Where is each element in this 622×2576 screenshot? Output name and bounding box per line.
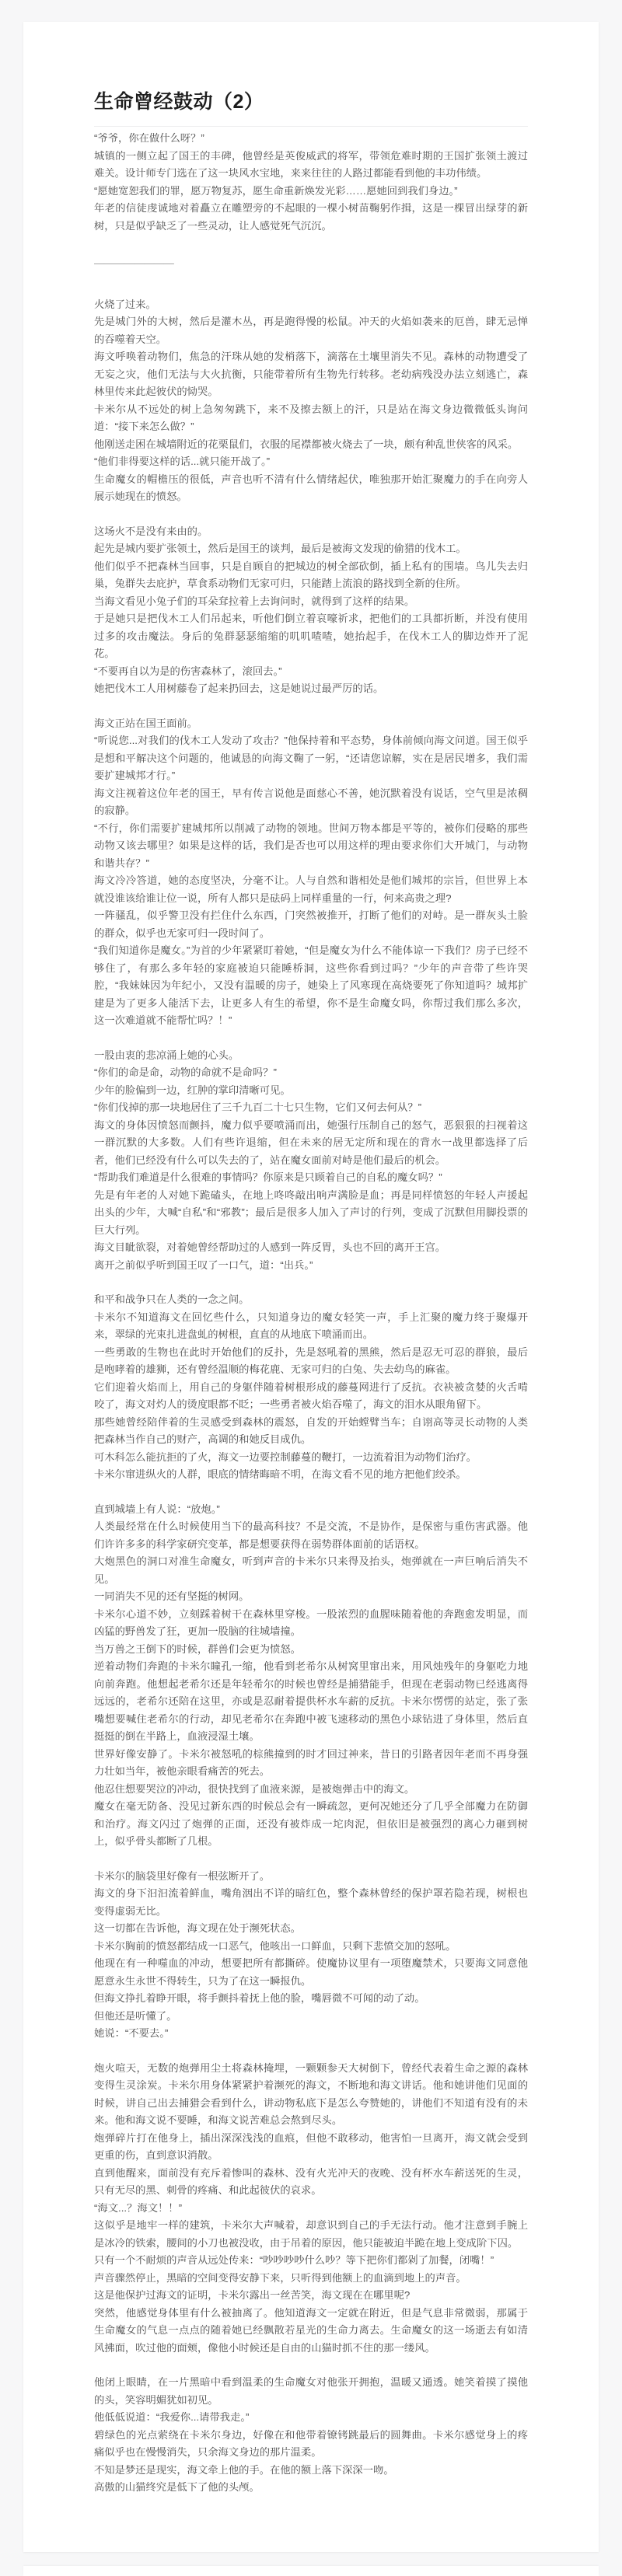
paragraph: 卡米尔从不远处的树上急匆匆跳下，来不及擦去额上的汗，只是站在海文身边微微低头询问… — [94, 401, 528, 436]
paragraph: 他低低说道：“我爱你...请带我走。” — [94, 2409, 528, 2427]
paragraph-block: “爷爷，你在做什么呀？”城镇的一侧立起了国王的丰碑，他曾经是英俊威武的将军，带领… — [94, 130, 528, 235]
paragraph: 海文正站在国王面前。 — [94, 715, 528, 733]
paragraph: “不行，你们需要扩建城邦所以削减了动物的领地。世间万物本都是平等的，被你们侵略的… — [94, 820, 528, 873]
paragraph: 他刚送走困在城墙附近的花栗鼠们，衣服的尾襟都被火烧去了一块，颇有种乱世侠客的风采… — [94, 436, 528, 454]
paragraph: 逆着动物们奔跑的卡米尔瞳孔一缩，他看到老希尔从树窝里窜出来，用风烛残年的身躯吃力… — [94, 1658, 528, 1746]
paragraph: 她把伐木工人用树藤卷了起来扔回去，这是她说过最严厉的话。 — [94, 680, 528, 698]
paragraph: 火烧了过来。 — [94, 296, 528, 314]
paragraph: 这场火不是没有来由的。 — [94, 523, 528, 541]
paragraph: 她说：“不要去。” — [94, 2025, 528, 2043]
paragraph: “帮助我们难道是什么很难的事情吗？你原来是只顾着自己的自私的魔女吗？” — [94, 1169, 528, 1187]
paragraph: 可木科怎么能抗拒的了火，海文一边要控制藤蔓的鞭打，一边流着泪为动物们治疗。 — [94, 1449, 528, 1467]
paragraph: 离开之前似乎听到国王叹了一口气，道：“出兵。” — [94, 1257, 528, 1275]
paragraph: 生命魔女的帽檐压的很低，声音也听不清有什么情绪起伏，唯独那开始汇聚魔力的手在向旁… — [94, 471, 528, 506]
paragraph: 那些她曾经陪伴着的生灵感受到森林的震怒，自发的开始螳臂当车；自诩高等灵长动物的人… — [94, 1414, 528, 1449]
paragraph: “不要再自以为是的伤害森林了，滚回去。” — [94, 663, 528, 681]
paragraph: 魔女在毫无防备、没见过新东西的时候总会有一瞬疏忽，更何况她还分了几乎全部魔力在防… — [94, 1798, 528, 1851]
paragraph: 它们迎着火焰而上，用自己的身躯伴随着树根形成的藤蔓网进行了反抗。衣袂被贪婪的火舌… — [94, 1379, 528, 1414]
paragraph-block: 卡米尔的脑袋里好像有一根弦断开了。海文的身下汩汩流着鲜血，嘴角洇出不详的暗红色，… — [94, 1868, 528, 2043]
page-title: 生命曾经鼓动（2） — [94, 90, 528, 113]
paragraph: 高傲的山猫终究是低下了他的头颅。 — [94, 2479, 528, 2497]
paragraph-block: 一股由衷的悲凉涌上她的心头。“你们的命是命，动物的命就不是命吗？”少年的脸偏到一… — [94, 1047, 528, 1275]
paragraph: 当万兽之王倒下的时候，群兽们会更为愤怒。 — [94, 1641, 528, 1659]
next-card-edge — [23, 2566, 599, 2576]
paragraph: 卡米尔窜进纵火的人群，眼底的情绪晦暗不明，在海文看不见的地方把他们绞杀。 — [94, 1466, 528, 1484]
paragraph: 直到城墙上有人说：“放炮。” — [94, 1501, 528, 1519]
paragraph: 炮火喧天，无数的炮弹用尘土将森林掩埋，一颗颗参天大树倒下，曾经代表着生命之源的森… — [94, 2060, 528, 2130]
paragraph: 这是他保护过海文的证明，卡米尔露出一丝苦笑，海文现在在哪里呢? — [94, 2287, 528, 2305]
paragraph: 卡米尔心道不妙，立刻踩着树干在森林里穿梭。一股浓烈的血腥味随着他的奔跑愈发明显，… — [94, 1606, 528, 1641]
paragraph: 大炮黑色的洞口对准生命魔女，听到声音的卡米尔只来得及抬头，炮弹就在一声巨响后消失… — [94, 1553, 528, 1588]
paragraph: 世界好像安静了。卡米尔被怒吼的棕熊撞到的时才回过神来，昔日的引路者因年老而不再身… — [94, 1746, 528, 1781]
paragraph: 不知是梦还是现实，海文牵上他的手。在他的额上落下深深一吻。 — [94, 2462, 528, 2480]
paragraph: 海文目眦欲裂，对着她曾经帮助过的人感到一阵反胃，头也不回的离开王宫。 — [94, 1239, 528, 1257]
paragraph: 年老的信徒虔诚地对着矗立在雕塑旁的不起眼的一棵小树苗鞠躬作揖，这是一棵冒出绿芽的… — [94, 200, 528, 235]
paragraph: “愿她宽恕我们的罪，愿万物复苏，愿生命重新焕发光彩……愿她回到我们身边。” — [94, 183, 528, 201]
paragraph: 但海文挣扎着睁开眼，将手颤抖着抚上他的脸，嘴唇微不可闻的动了动。 — [94, 1990, 528, 2008]
paragraph: 一阵骚乱，似乎警卫没有拦住什么东西，门突然被推开，打断了他们的对峙。是一群灰头土… — [94, 907, 528, 942]
paragraph: 一些勇敢的生物也在此时开始他们的反扑，先是怒吼着的黑熊，然后是忍无可忍的群狼，最… — [94, 1344, 528, 1379]
paragraph: “你们伐掉的那一块地居住了三千九百二十七只生物，它们又何去何从？” — [94, 1099, 528, 1117]
paragraph-block: 他闭上眼睛，在一片黑暗中看到温柔的生命魔女对他张开拥抱，温暖又通透。她笑着摸了摸… — [94, 2374, 528, 2497]
paragraph-block: 炮火喧天，无数的炮弹用尘土将森林掩埋，一颗颗参天大树倒下，曾经代表着生命之源的森… — [94, 2060, 528, 2358]
paragraph: “爷爷，你在做什么呀？” — [94, 130, 528, 148]
paragraph: 先是有年老的人对她下跪磕头，在地上咚咚敲出响声满脸是血；再是同样愤怒的年轻人声援… — [94, 1187, 528, 1240]
paragraph: 突然，他感觉身体里有什么被抽离了。他知道海文一定就在附近，但是气息非常微弱，那属… — [94, 2305, 528, 2358]
paragraph: 于是她只是把伐木工人们吊起来，听他们倒立着哀嚎祈求，把他们的工具都折断，并没有使… — [94, 610, 528, 663]
paragraph: 他忍住想要哭泣的冲动，很快找到了血液来源，是被炮弹击中的海文。 — [94, 1781, 528, 1799]
paragraph: 但他还是听懂了。 — [94, 2008, 528, 2026]
paragraph: 炮弹碎片打在他身上，插出深深浅浅的血痕，但他不敢移动，他害怕一旦离开，海文就会受… — [94, 2130, 528, 2165]
paragraph: “他们非得要这样的话...就只能开战了。” — [94, 453, 528, 471]
paragraph: 海文的身下汩汩流着鲜血，嘴角洇出不详的暗红色，整个森林曾经的保护罩若隐若现，树根… — [94, 1885, 528, 1920]
article-card: 生命曾经鼓动（2） “爷爷，你在做什么呀？”城镇的一侧立起了国王的丰碑，他曾经是… — [23, 22, 599, 2552]
article-body: “爷爷，你在做什么呀？”城镇的一侧立起了国王的丰碑，他曾经是英俊威武的将军，带领… — [94, 130, 528, 2497]
paragraph: “听说您...对我们的伐木工人发动了攻击？”他保持着和平态势，身体前倾向海文问道… — [94, 732, 528, 785]
paragraph: 这似乎是地牢一样的建筑，卡米尔大声喊着，却意识到自己的手无法行动。他才注意到手腕… — [94, 2217, 528, 2252]
paragraph-block: 这场火不是没有来由的。起先是城内要扩张领土，然后是国王的谈判，最后是被海文发现的… — [94, 523, 528, 698]
paragraph-block: 火烧了过来。先是城门外的大树，然后是灌木丛，再是跑得慢的松鼠。冲天的火焰如袭来的… — [94, 296, 528, 506]
paragraph-block: 和平和战争只在人类的一念之间。卡米尔不知道海文在回忆些什么，只知道身边的魔女轻笑… — [94, 1291, 528, 1484]
paragraph: “海文...？海文！！” — [94, 2200, 528, 2218]
section-divider: ———————— — [94, 255, 528, 273]
paragraph: 海文注视着这位年老的国王，早有传言说他是面慈心不善，她沉默着没有说话，空气里是浓… — [94, 785, 528, 820]
paragraph: 当海文看见小兔子们的耳朵耷拉着上去询问时，就得到了这样的结果。 — [94, 593, 528, 611]
paragraph: 少年的脸偏到一边，红肿的掌印清晰可见。 — [94, 1082, 528, 1100]
paragraph: “我们知道你是魔女。”为首的少年紧紧盯着她，“但是魔女为什么不能体谅一下我们？房… — [94, 942, 528, 1030]
paragraph: “你们的命是命，动物的命就不是命吗？” — [94, 1064, 528, 1082]
paragraph: 海文冷冷答道，她的态度坚决，分毫不让。人与自然和谐相处是他们城邦的宗旨，但世界上… — [94, 872, 528, 907]
paragraph-block: 海文正站在国王面前。“听说您...对我们的伐木工人发动了攻击？”他保持着和平态势… — [94, 715, 528, 1030]
title-divider — [94, 126, 528, 127]
paragraph: 海文的身体因愤怒而颤抖，魔力似乎要喷涌而出，她强行压制自己的怒气，恶狠狠的扫视着… — [94, 1117, 528, 1170]
paragraph: 一同消失不见的还有坚挺的树网。 — [94, 1588, 528, 1606]
paragraph: 碧绿色的光点萦绕在卡米尔身边，好像在和他带着镣铐跳最后的圆舞曲。卡米尔感觉身上的… — [94, 2427, 528, 2462]
paragraph-block: 直到城墙上有人说：“放炮。”人类最经常在什么时候使用当下的最高科技？不是交流，不… — [94, 1501, 528, 1851]
paragraph: 卡米尔不知道海文在回忆些什么，只知道身边的魔女轻笑一声，手上汇聚的魔力终于聚爆开… — [94, 1309, 528, 1344]
paragraph: 人类最经常在什么时候使用当下的最高科技？不是交流，不是协作，是保密与重伤害武器。… — [94, 1518, 528, 1553]
paragraph: 只有一个不耐烦的声音从远处传来：“吵吵吵吵什么吵？等下把你们都剁了加餐，闭嘴！” — [94, 2252, 528, 2270]
paragraph: 起先是城内要扩张领土，然后是国王的谈判，最后是被海文发现的偷猎的伐木工。 — [94, 540, 528, 558]
paragraph: 城镇的一侧立起了国王的丰碑，他曾经是英俊威武的将军，带领危难时期的王国扩张领土渡… — [94, 148, 528, 183]
paragraph: 他们似乎不把森林当回事，只是自顾自的把城边的树全部砍倒，插上私有的围墙。鸟儿失去… — [94, 558, 528, 593]
paragraph: 他闭上眼睛，在一片黑暗中看到温柔的生命魔女对他张开拥抱，温暖又通透。她笑着摸了摸… — [94, 2374, 528, 2409]
paragraph: 直到他醒来，面前没有充斥着惨叫的森林、没有火光冲天的夜晚、没有杯水车薪送死的生灵… — [94, 2165, 528, 2200]
paragraph: 这一切都在告诉他，海文现在处于濒死状态。 — [94, 1920, 528, 1938]
paragraph: 卡米尔的脑袋里好像有一根弦断开了。 — [94, 1868, 528, 1886]
paragraph: 他现在有一种噬血的冲动，想要把所有都撕碎。使魔协议里有一项堕魔禁术，只要海文同意… — [94, 1955, 528, 1990]
paragraph: 一股由衷的悲凉涌上她的心头。 — [94, 1047, 528, 1065]
paragraph: 卡米尔胸前的愤怒都结成一口恶气，他咳出一口鲜血，只剩下悲愤交加的怒吼。 — [94, 1938, 528, 1956]
paragraph: 和平和战争只在人类的一念之间。 — [94, 1291, 528, 1309]
paragraph: 声音骤然停止，黑暗的空间变得安静下来，只听得到他额上的血滴到地上的声音。 — [94, 2270, 528, 2288]
paragraph: 海文呼唤着动物们，焦急的汗珠从她的发梢落下，滴落在土壤里消失不见。森林的动物遭受… — [94, 348, 528, 401]
paragraph: 先是城门外的大树，然后是灌木丛，再是跑得慢的松鼠。冲天的火焰如袭来的厄兽，肆无忌… — [94, 313, 528, 348]
